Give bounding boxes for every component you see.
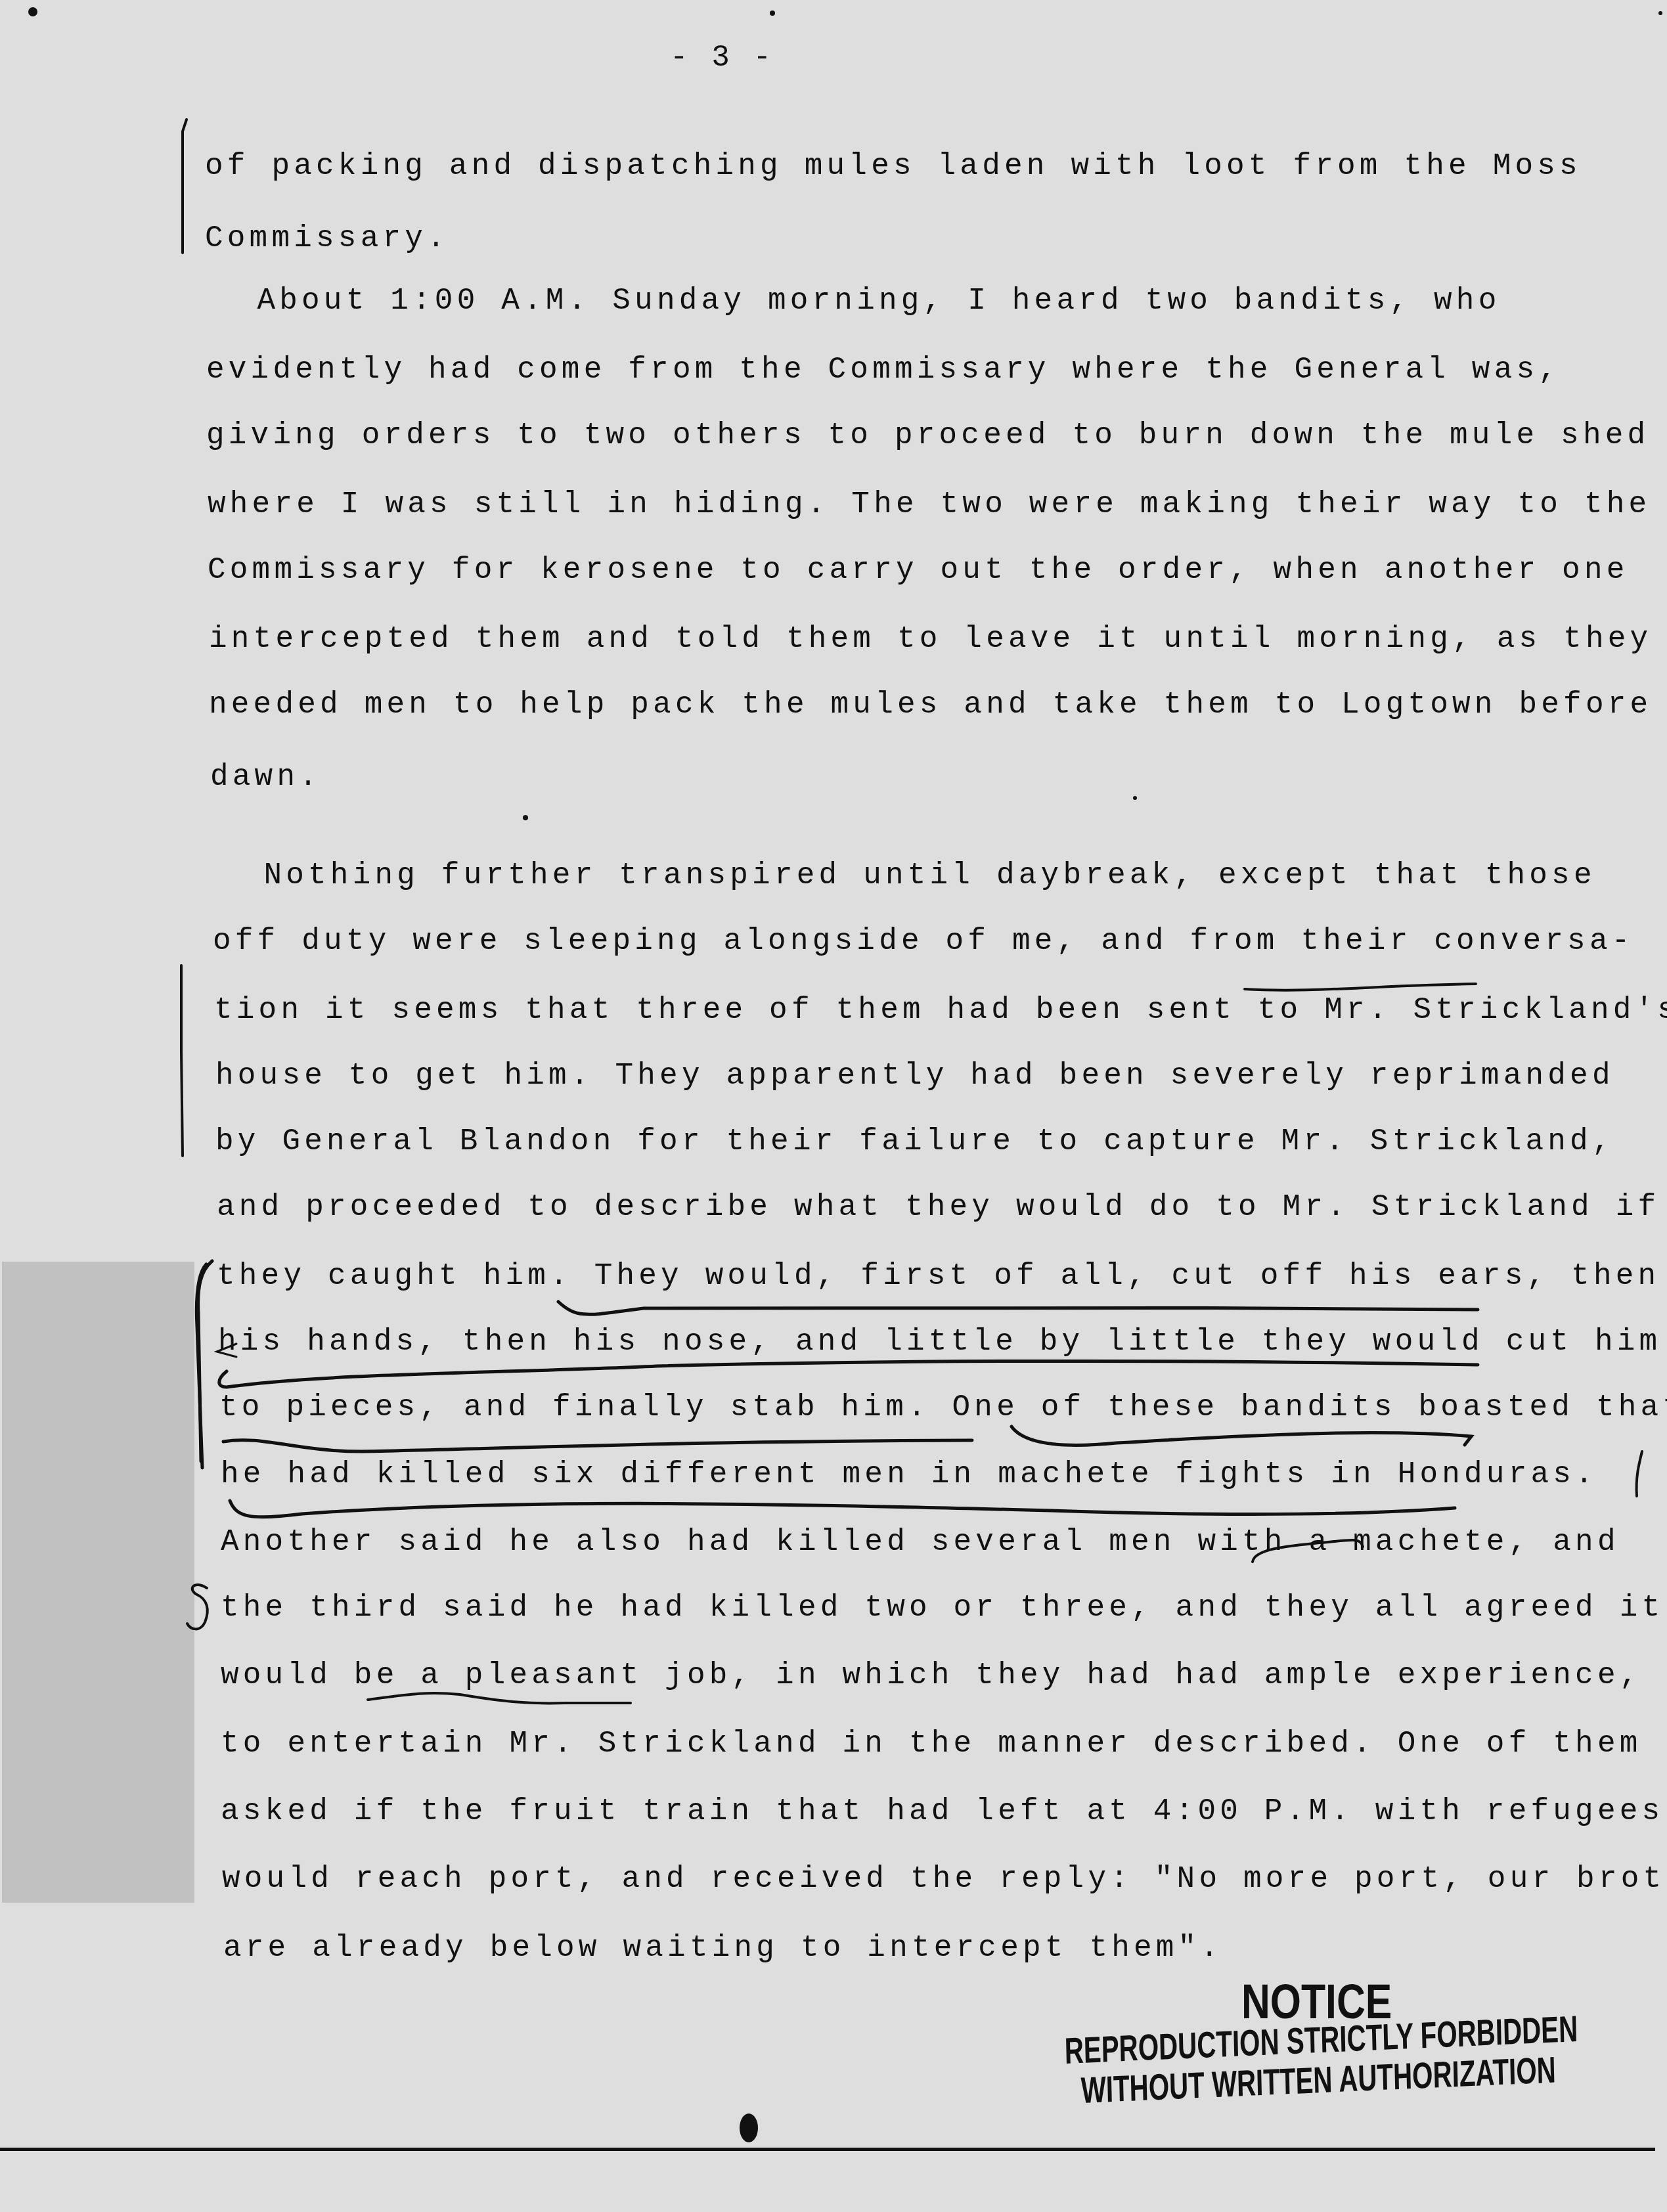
text-line: of packing and dispatching mules laden w… bbox=[205, 151, 1582, 181]
text-line: his hands, then his nose, and little by … bbox=[218, 1327, 1661, 1357]
text-line: Nothing further transpired until daybrea… bbox=[197, 860, 1596, 891]
text-line: giving orders to two others to proceed t… bbox=[206, 420, 1649, 451]
text-line: tion it seems that three of them had bee… bbox=[214, 995, 1667, 1025]
underline-mark bbox=[223, 1440, 972, 1451]
text-line: Commissary. bbox=[205, 223, 449, 254]
text-line: asked if the fruit train that had left a… bbox=[221, 1796, 1664, 1826]
underline-mark bbox=[368, 1693, 631, 1703]
text-line: are already below waiting to intercept t… bbox=[223, 1933, 1222, 1963]
text-line: About 1:00 A.M. Sunday morning, I heard … bbox=[190, 286, 1500, 316]
text-line: Commissary for kerosene to carry out the… bbox=[208, 555, 1629, 585]
text-line: off duty were sleeping alongside of me, … bbox=[213, 926, 1634, 956]
text-line: they caught him. They would, first of al… bbox=[217, 1261, 1660, 1291]
margin-bracket-icon bbox=[181, 965, 183, 1156]
text-line: would be a pleasant job, in which they h… bbox=[221, 1660, 1642, 1691]
margin-bracket-icon bbox=[183, 120, 187, 253]
redaction-box bbox=[2, 1262, 194, 1903]
text-line: to pieces, and finally stab him. One of … bbox=[219, 1392, 1667, 1423]
text-line: to entertain Mr. Strickland in the manne… bbox=[221, 1729, 1642, 1759]
page-number: - 3 - bbox=[670, 41, 774, 75]
text-line: where I was still in hiding. The two wer… bbox=[208, 489, 1651, 520]
text-line: would reach port, and received the reply… bbox=[222, 1864, 1667, 1894]
text-line: he had killed six different men in mache… bbox=[221, 1459, 1597, 1490]
underline-mark bbox=[1011, 1427, 1471, 1445]
underline-mark bbox=[219, 1361, 1478, 1387]
text-line: dawn. bbox=[210, 762, 321, 792]
margin-bracket-icon bbox=[198, 1261, 212, 1461]
underline-mark bbox=[1245, 984, 1476, 990]
text-line: Another said he also had killed several … bbox=[221, 1527, 1620, 1557]
footer-rule bbox=[0, 2148, 1655, 2151]
text-line: house to get him. They apparently had be… bbox=[215, 1061, 1614, 1091]
text-line: by General Blandon for their failure to … bbox=[215, 1126, 1614, 1157]
text-line: intercepted them and told them to leave … bbox=[209, 624, 1652, 654]
text-line: the third said he had killed two or thre… bbox=[221, 1593, 1664, 1623]
text-line: evidently had come from the Commissary w… bbox=[206, 355, 1561, 385]
underline-mark bbox=[230, 1501, 1455, 1517]
margin-bracket-icon bbox=[196, 1264, 206, 1468]
underline-mark bbox=[558, 1302, 1478, 1314]
text-line: needed men to help pack the mules and ta… bbox=[209, 690, 1652, 720]
text-line: and proceeded to describe what they woul… bbox=[217, 1192, 1660, 1222]
